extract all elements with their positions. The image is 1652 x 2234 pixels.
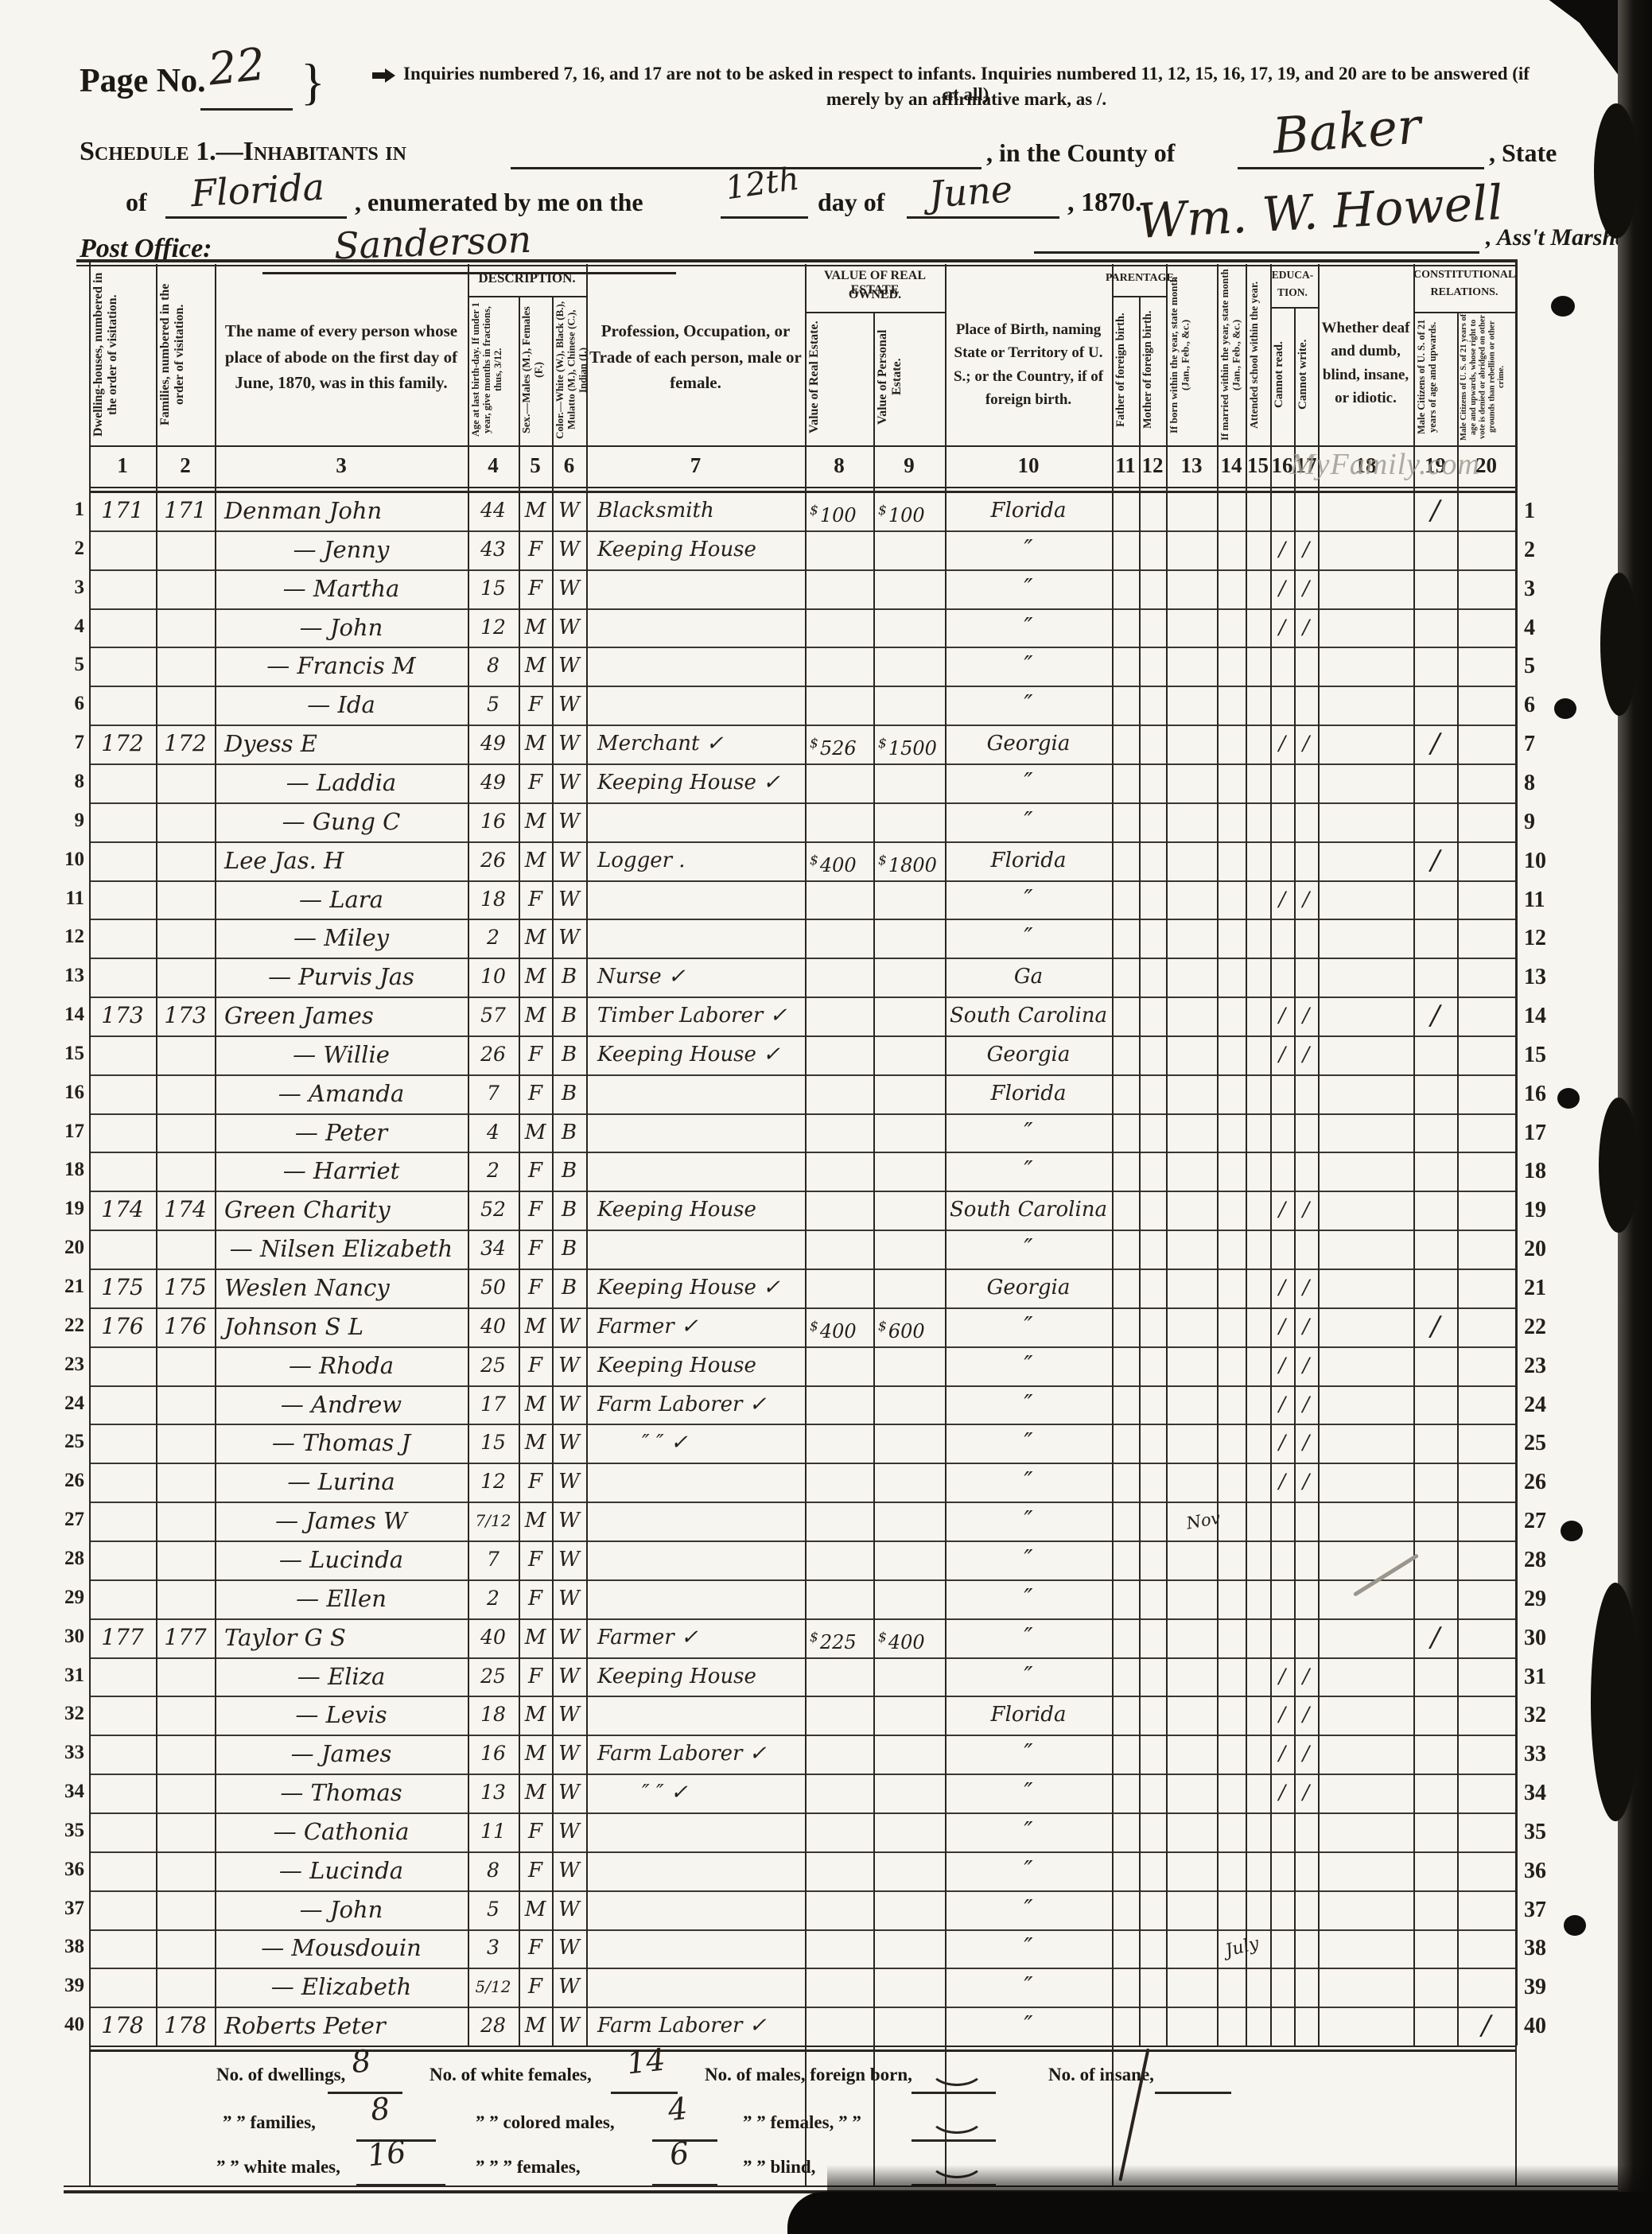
- cell-color: W: [552, 1385, 586, 1424]
- column-header-name: The name of every person whose place of …: [220, 318, 463, 396]
- cell-personal-estate-value: $1500: [873, 725, 950, 763]
- cell-age: 25: [468, 1657, 519, 1696]
- row-number-left: 12: [48, 926, 84, 948]
- cell-color: B: [552, 997, 586, 1035]
- dollar-sign: $: [878, 503, 887, 519]
- cell-cannot-write-mark: /: [1294, 530, 1318, 569]
- cell-age: 50: [468, 1269, 519, 1307]
- cell-sex: M: [519, 1774, 552, 1812]
- column-header-m14: If married within the year, state month …: [1219, 269, 1243, 441]
- cell-place-of-birth: ″: [945, 1618, 1112, 1657]
- cell-place-of-birth: ″: [945, 1851, 1112, 1890]
- cell-cannot-write-mark: /: [1294, 1191, 1318, 1230]
- cell-sex: M: [519, 1890, 552, 1929]
- cell-age: 16: [468, 1735, 519, 1774]
- scan-edge-blob: [1600, 573, 1638, 716]
- census-page-scan: Page No. 22 } Inquiries numbered 7, 16, …: [0, 0, 1652, 2234]
- cell-place-of-birth: ″: [945, 1113, 1112, 1152]
- footer-label: ” ” females, ” ”: [743, 2112, 861, 2133]
- row-number-right: 31: [1524, 1665, 1562, 1690]
- cell-family: 172: [156, 725, 215, 763]
- cell-sex: M: [519, 1424, 552, 1463]
- cell-name: — James: [215, 1735, 468, 1774]
- cell-cannot-write-mark: /: [1294, 725, 1318, 763]
- cell-cannot-write-mark: /: [1294, 1307, 1318, 1346]
- cell-dwelling: 175: [89, 1269, 156, 1307]
- column-header-m11: Father of foreign birth.: [1114, 299, 1137, 441]
- column-number: 7: [586, 453, 805, 478]
- column-header-m15: Attended school within the year.: [1248, 269, 1268, 441]
- dollar-sign: $: [878, 1319, 887, 1335]
- cell-sex: F: [519, 569, 552, 608]
- cell-age: 7: [468, 1540, 519, 1579]
- cell-color: W: [552, 880, 586, 919]
- row-number-right: 1: [1524, 499, 1562, 524]
- footer-value: 4: [667, 2091, 690, 2127]
- row-number-right: 38: [1524, 1936, 1562, 1961]
- row-number-left: 26: [48, 1470, 84, 1492]
- cell-age: 57: [468, 997, 519, 1035]
- cell-age: 5: [468, 686, 519, 725]
- column-header-text: Value of Personal Estate.: [876, 313, 943, 441]
- cell-cannot-read-mark: /: [1270, 997, 1294, 1035]
- cell-place-of-birth: ″: [945, 647, 1112, 686]
- row-number-right: 17: [1524, 1121, 1562, 1146]
- cell-color: W: [552, 1346, 586, 1385]
- cell-sex: M: [519, 841, 552, 880]
- cell-occupation: Keeping House ✓: [586, 763, 816, 802]
- cell-family: 176: [156, 1307, 215, 1346]
- cell-place-of-birth: ″: [945, 1774, 1112, 1812]
- census-table: DESCRIPTION.VALUE OF REAL ESTATEOWNED.PA…: [0, 0, 1652, 2234]
- cell-cannot-write-mark: /: [1294, 1269, 1318, 1307]
- row-number-left: 5: [48, 654, 84, 676]
- row-number-left: 33: [48, 1742, 84, 1764]
- cell-sex: F: [519, 530, 552, 569]
- cell-cannot-read-mark: /: [1270, 530, 1294, 569]
- cell-place-of-birth: ″: [945, 1657, 1112, 1696]
- cell-real-estate-value: $400: [805, 841, 878, 880]
- cell-cannot-write-mark: /: [1294, 1696, 1318, 1735]
- cell-cannot-write-mark: /: [1294, 1657, 1318, 1696]
- column-header-m16: Cannot read.: [1273, 309, 1292, 441]
- column-header-m17: Cannot write.: [1296, 309, 1316, 441]
- row-number-right: 22: [1524, 1315, 1562, 1340]
- cell-age: 17: [468, 1385, 519, 1424]
- footer-label: No. of males, foreign born,: [705, 2065, 912, 2085]
- punch-hole: [1561, 1521, 1583, 1541]
- group-header-value-owned: OWNED.: [805, 288, 945, 302]
- column-header-m13: If born within the year, state month (Ja…: [1168, 269, 1215, 441]
- group-header-education: EDUCA-: [1265, 269, 1320, 282]
- column-header-col: Color.—White (W.), Black (B.), Mulatto (…: [554, 299, 584, 441]
- cell-place-of-birth: ″: [945, 686, 1112, 725]
- footer-value: 16: [366, 2135, 408, 2174]
- cell-age: 40: [468, 1618, 519, 1657]
- cell-cannot-write-mark: /: [1294, 569, 1318, 608]
- scan-edge-blob: [1594, 103, 1638, 239]
- cell-age: 12: [468, 608, 519, 647]
- column-number: 13: [1166, 453, 1217, 478]
- row-number-left: 21: [48, 1276, 84, 1298]
- column-header-text: Sex.—Males (M.), Females (F.): [521, 299, 550, 441]
- cell-male-citizen-mark: /: [1413, 841, 1457, 880]
- cell-name: — Amanda: [215, 1074, 468, 1113]
- cell-name: — Nilsen Elizabeth: [215, 1230, 468, 1269]
- row-number-right: 37: [1524, 1898, 1562, 1923]
- cell-occupation: Logger .: [586, 841, 816, 880]
- cell-cannot-write-mark: /: [1294, 1463, 1318, 1502]
- cell-sex: M: [519, 1385, 552, 1424]
- row-number-right: 10: [1524, 849, 1562, 874]
- row-number-left: 27: [48, 1509, 84, 1531]
- scan-edge-blob: [1599, 1098, 1638, 1233]
- cell-sex: F: [519, 1269, 552, 1307]
- cell-age: 26: [468, 1035, 519, 1074]
- cell-occupation: Keeping House: [586, 1657, 816, 1696]
- column-header-m18: Whether deaf and dumb, blind, insane, or…: [1321, 317, 1410, 410]
- column-number: 4: [468, 453, 519, 478]
- column-number: 5: [519, 453, 552, 478]
- group-header-education: TION.: [1265, 286, 1320, 299]
- footer-label: ” ” white males,: [216, 2157, 340, 2178]
- row-number-left: 18: [48, 1159, 84, 1181]
- row-number-left: 25: [48, 1431, 84, 1453]
- cell-age: 28: [468, 2007, 519, 2046]
- cell-color: W: [552, 763, 586, 802]
- row-number-right: 33: [1524, 1742, 1562, 1767]
- footer-underline: [912, 2092, 996, 2094]
- cell-color: W: [552, 1502, 586, 1540]
- cell-family: 175: [156, 1269, 215, 1307]
- row-number-right: 20: [1524, 1237, 1562, 1262]
- cell-name: — Laddia: [215, 763, 468, 802]
- dollar-sign: $: [878, 736, 887, 752]
- row-number-left: 15: [48, 1043, 84, 1065]
- cell-name: — Thomas: [215, 1774, 468, 1812]
- cell-name: Dyess E: [215, 725, 477, 763]
- cell-sex: M: [519, 919, 552, 958]
- cell-family: 173: [156, 997, 215, 1035]
- cell-name: — John: [215, 608, 468, 647]
- cell-color: B: [552, 1191, 586, 1230]
- footer-underline: [328, 2092, 402, 2094]
- cell-name: — Lurina: [215, 1463, 468, 1502]
- row-rule: [89, 2046, 1515, 2047]
- cell-place-of-birth: ″: [945, 1540, 1112, 1579]
- cell-place-of-birth: ″: [945, 1812, 1112, 1851]
- cell-place-of-birth: Georgia: [945, 1035, 1112, 1074]
- cell-name: — Martha: [215, 569, 468, 608]
- table-rule: [873, 313, 875, 2046]
- cell-color: W: [552, 569, 586, 608]
- table-rule: [89, 2049, 1515, 2052]
- cell-occupation: Nurse ✓: [586, 958, 816, 997]
- cell-cannot-read-mark: /: [1270, 1696, 1294, 1735]
- cell-color: W: [552, 1735, 586, 1774]
- cell-sex: F: [519, 1230, 552, 1269]
- punch-hole: [1551, 296, 1575, 317]
- row-number-left: 40: [48, 2014, 84, 2036]
- cell-cannot-write-mark: /: [1294, 1735, 1318, 1774]
- cell-occupation: Blacksmith: [586, 491, 816, 530]
- column-header-text: Families, numbered in the order of visit…: [158, 269, 212, 441]
- row-number-left: 39: [48, 1975, 84, 1997]
- cell-male-citizen-mark: /: [1413, 1307, 1457, 1346]
- cell-sex: M: [519, 1113, 552, 1152]
- cell-cannot-read-mark: /: [1270, 1269, 1294, 1307]
- cell-age: 10: [468, 958, 519, 997]
- row-number-left: 17: [48, 1121, 84, 1143]
- cell-name: — Ida: [215, 686, 468, 725]
- cell-place-of-birth: Georgia: [945, 725, 1112, 763]
- cell-age: 2: [468, 1579, 519, 1618]
- column-header-text: Value of Real Estate.: [807, 313, 871, 441]
- cell-name: — Jenny: [215, 530, 468, 569]
- cell-color: B: [552, 1113, 586, 1152]
- cell-cannot-read-mark: /: [1270, 1191, 1294, 1230]
- column-number: 11: [1112, 453, 1139, 478]
- row-number-right: 39: [1524, 1975, 1562, 2000]
- row-number-right: 21: [1524, 1276, 1562, 1301]
- cell-sex: F: [519, 1540, 552, 1579]
- cell-family: 177: [156, 1618, 215, 1657]
- cell-sex: F: [519, 763, 552, 802]
- cell-place-of-birth: ″: [945, 1463, 1112, 1502]
- row-number-right: 18: [1524, 1159, 1562, 1184]
- cell-color: B: [552, 1152, 586, 1191]
- cell-sex: M: [519, 608, 552, 647]
- cell-name: Taylor G S: [215, 1618, 477, 1657]
- cell-color: W: [552, 1812, 586, 1851]
- row-number-left: 16: [48, 1082, 84, 1104]
- cell-place-of-birth: Florida: [945, 1074, 1112, 1113]
- row-number-right: 28: [1524, 1548, 1562, 1573]
- footer-label: No. of insane,: [1048, 2065, 1154, 2085]
- cell-place-of-birth: ″: [945, 1346, 1112, 1385]
- row-number-right: 15: [1524, 1043, 1562, 1068]
- column-header-dw: Dwelling-houses, numbered in the order o…: [91, 269, 154, 441]
- cell-dwelling: 172: [89, 725, 156, 763]
- cell-vote-denied-mark: /: [1457, 2007, 1515, 2046]
- row-number-left: 29: [48, 1587, 84, 1609]
- row-number-left: 8: [48, 771, 84, 793]
- column-header-text: Cannot write.: [1296, 309, 1316, 441]
- cell-sex: M: [519, 647, 552, 686]
- table-rule: [76, 259, 1518, 262]
- column-header-text: If born within the year, state month (Ja…: [1168, 269, 1215, 441]
- cell-cannot-read-mark: /: [1270, 608, 1294, 647]
- cell-place-of-birth: ″: [945, 1307, 1112, 1346]
- cell-age: 25: [468, 1346, 519, 1385]
- cell-cannot-write-mark: /: [1294, 1774, 1318, 1812]
- cell-place-of-birth: ″: [945, 1579, 1112, 1618]
- row-number-right: 11: [1524, 888, 1562, 913]
- column-header-text: If married within the year, state month …: [1219, 269, 1243, 441]
- cell-place-of-birth: ″: [945, 1929, 1112, 1968]
- cell-cannot-read-mark: /: [1270, 1307, 1294, 1346]
- row-number-right: 16: [1524, 1082, 1562, 1107]
- cell-name: — Mousdouin: [215, 1929, 468, 1968]
- column-header-text: Color.—White (W.), Black (B.), Mulatto (…: [554, 299, 584, 441]
- cell-sex: M: [519, 2007, 552, 2046]
- cell-color: W: [552, 1657, 586, 1696]
- cell-cannot-read-mark: /: [1270, 880, 1294, 919]
- table-rule: [89, 2046, 91, 2185]
- cell-age: 8: [468, 647, 519, 686]
- cell-place-of-birth: South Carolina: [945, 997, 1112, 1035]
- cell-sex: F: [519, 1579, 552, 1618]
- cell-occupation: Farmer ✓: [586, 1307, 816, 1346]
- table-rule: [1112, 296, 1166, 297]
- cell-age: 16: [468, 802, 519, 841]
- cell-name: — Ellen: [215, 1579, 468, 1618]
- row-number-left: 20: [48, 1237, 84, 1259]
- row-number-left: 19: [48, 1198, 84, 1220]
- cell-name: — Purvis Jas: [215, 958, 468, 997]
- cell-dwelling: 173: [89, 997, 156, 1035]
- cell-sex: F: [519, 686, 552, 725]
- cell-personal-estate-value: $400: [873, 1618, 950, 1657]
- row-number-right: 12: [1524, 926, 1562, 951]
- table-rule: [1457, 313, 1459, 2046]
- cell-color: B: [552, 1035, 586, 1074]
- cell-color: W: [552, 1618, 586, 1657]
- cell-color: W: [552, 491, 586, 530]
- cell-age: 18: [468, 880, 519, 919]
- column-header-text: Mother of foreign birth.: [1141, 299, 1164, 441]
- row-number-left: 9: [48, 810, 84, 832]
- column-header-occ: Profession, Occupation, or Trade of each…: [589, 318, 802, 396]
- cell-dwelling: 174: [89, 1191, 156, 1230]
- footer-value: 14: [625, 2042, 667, 2081]
- cell-age: 11: [468, 1812, 519, 1851]
- cell-name: — Gung C: [215, 802, 468, 841]
- cell-dwelling: 176: [89, 1307, 156, 1346]
- cell-place-of-birth: ″: [945, 1385, 1112, 1424]
- cell-sex: F: [519, 1851, 552, 1890]
- cell-name: — Willie: [215, 1035, 468, 1074]
- column-header-text: Male Citizens of U. S. of 21 years of ag…: [1416, 313, 1455, 441]
- cell-age: 18: [468, 1696, 519, 1735]
- cell-sex: M: [519, 1618, 552, 1657]
- footer-underline: [652, 2184, 717, 2186]
- row-number-left: 4: [48, 616, 84, 638]
- cell-color: W: [552, 686, 586, 725]
- footer-label: ” ” families,: [223, 2112, 316, 2133]
- cell-place-of-birth: ″: [945, 530, 1112, 569]
- cell-place-of-birth: ″: [945, 763, 1112, 802]
- cell-cannot-read-mark: /: [1270, 1735, 1294, 1774]
- column-number: 9: [873, 453, 945, 478]
- row-number-right: 23: [1524, 1354, 1562, 1379]
- dollar-sign: $: [878, 1630, 887, 1645]
- cell-sex: F: [519, 1657, 552, 1696]
- row-number-left: 38: [48, 1936, 84, 1958]
- cell-place-of-birth: ″: [945, 1230, 1112, 1269]
- cell-age: 5/12: [468, 1968, 519, 2007]
- footer-label: ” ” colored males,: [476, 2112, 615, 2133]
- cell-occupation: Keeping House ✓: [586, 1035, 816, 1074]
- row-number-left: 37: [48, 1898, 84, 1920]
- footer-label: ” ” ” females,: [476, 2157, 581, 2178]
- cell-age: 3: [468, 1929, 519, 1968]
- cell-cannot-write-mark: /: [1294, 1346, 1318, 1385]
- dollar-sign: $: [878, 853, 887, 868]
- cell-name: — James W: [215, 1502, 468, 1540]
- table-rule: [1515, 259, 1518, 2046]
- cell-sex: M: [519, 725, 552, 763]
- cell-place-of-birth: ″: [945, 1968, 1112, 2007]
- cell-color: W: [552, 1968, 586, 2007]
- row-number-right: 30: [1524, 1626, 1562, 1651]
- cell-name: — Lara: [215, 880, 468, 919]
- row-number-left: 1: [48, 499, 84, 521]
- column-header-pe: Value of Personal Estate.: [876, 313, 943, 441]
- cell-family: 178: [156, 2007, 215, 2046]
- cell-sex: F: [519, 1346, 552, 1385]
- footer-underline: [912, 2139, 996, 2142]
- cell-name: — Eliza: [215, 1657, 468, 1696]
- column-number: 15: [1246, 453, 1270, 478]
- column-header-sex: Sex.—Males (M.), Females (F.): [521, 299, 550, 441]
- cell-occupation: Farm Laborer ✓: [586, 2007, 816, 2046]
- cell-sex: F: [519, 1968, 552, 2007]
- cell-occupation: Farmer ✓: [586, 1618, 816, 1657]
- dollar-sign: $: [810, 736, 818, 752]
- row-number-left: 35: [48, 1820, 84, 1842]
- cell-cannot-read-mark: /: [1270, 1463, 1294, 1502]
- column-header-age: Age at last birth-day. If under 1 year, …: [470, 299, 516, 441]
- column-header-text: Dwelling-houses, numbered in the order o…: [91, 269, 154, 441]
- cell-personal-estate-value: $600: [873, 1307, 950, 1346]
- cell-male-citizen-mark: /: [1413, 491, 1457, 530]
- cell-color: W: [552, 1424, 586, 1463]
- cell-age: 34: [468, 1230, 519, 1269]
- cell-sex: M: [519, 958, 552, 997]
- cell-personal-estate-value: $1800: [873, 841, 950, 880]
- column-number: 2: [156, 453, 215, 478]
- dollar-sign: $: [810, 853, 818, 868]
- row-number-left: 3: [48, 577, 84, 599]
- cell-sex: M: [519, 802, 552, 841]
- row-number-right: 32: [1524, 1703, 1562, 1728]
- row-number-right: 5: [1524, 654, 1562, 679]
- cell-occupation: Keeping House: [586, 530, 816, 569]
- cell-color: B: [552, 1230, 586, 1269]
- cell-place-of-birth: Florida: [945, 841, 1112, 880]
- row-number-right: 24: [1524, 1393, 1562, 1418]
- cell-place-of-birth: ″: [945, 880, 1112, 919]
- column-number: 10: [945, 453, 1112, 478]
- cell-family: 171: [156, 491, 215, 530]
- cell-age: 44: [468, 491, 519, 530]
- cell-cannot-read-mark: /: [1270, 1346, 1294, 1385]
- row-number-right: 8: [1524, 771, 1562, 796]
- group-header-parentage: PARENTAGE.: [1106, 272, 1169, 285]
- cell-age: 13: [468, 1774, 519, 1812]
- footer-value: 6: [668, 2135, 691, 2172]
- row-number-right: 34: [1524, 1781, 1562, 1806]
- cell-color: W: [552, 1890, 586, 1929]
- cell-occupation: Keeping House: [586, 1191, 816, 1230]
- cell-occupation: Merchant ✓: [586, 725, 816, 763]
- footer-underline: [1155, 2092, 1231, 2094]
- cell-place-of-birth: ″: [945, 1502, 1112, 1540]
- punch-hole: [1557, 1088, 1580, 1109]
- cell-color: W: [552, 647, 586, 686]
- cell-real-estate-value: $526: [805, 725, 878, 763]
